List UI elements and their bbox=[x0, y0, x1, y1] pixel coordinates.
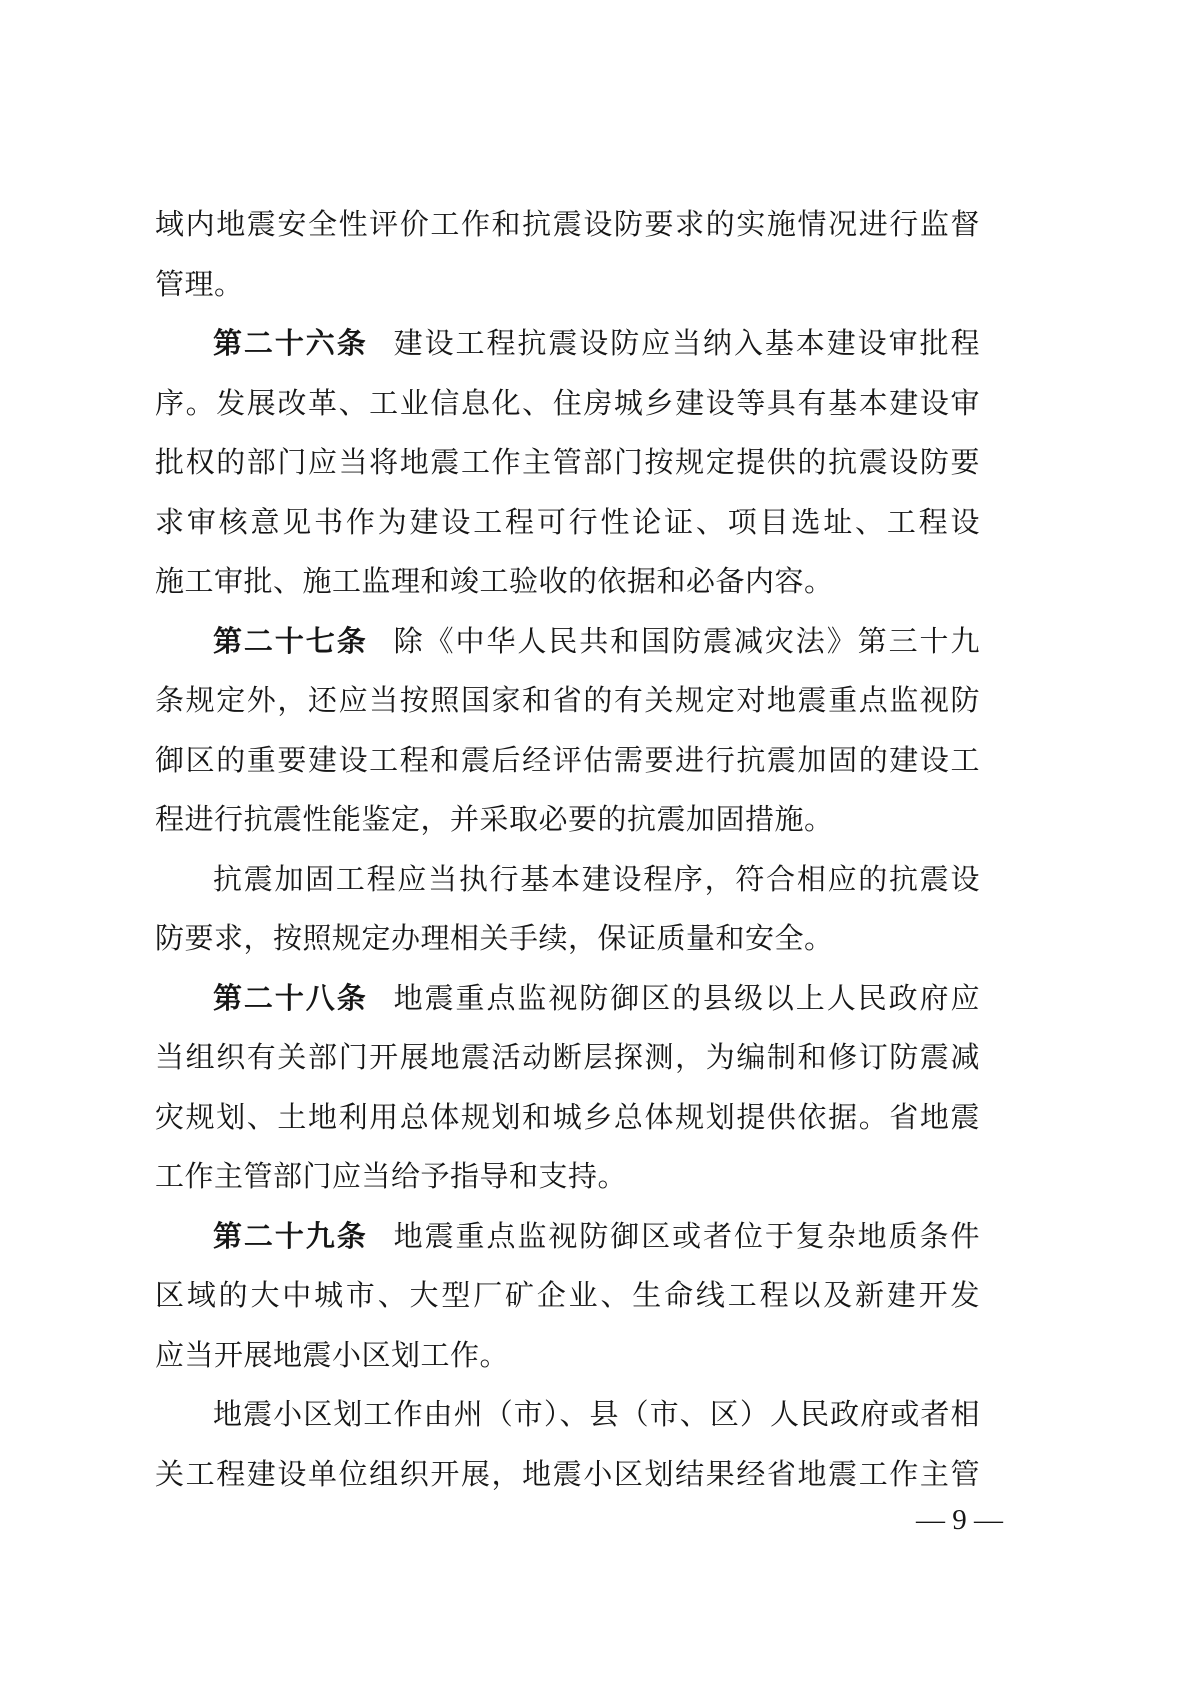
article-28-line-2: 当组织有关部门开展地震活动断层探测，为编制和修订防震减 bbox=[155, 1029, 980, 1089]
article-26-line-1: 第二十六条建设工程抗震设防应当纳入基本建设审批程 bbox=[155, 315, 980, 375]
article-27-line-4: 程进行抗震性能鉴定，并采取必要的抗震加固措施。 bbox=[155, 791, 980, 851]
article-26-line-5: 施工审批、施工监理和竣工验收的依据和必备内容。 bbox=[155, 553, 980, 613]
article-29-line-1: 第二十九条地震重点监视防御区或者位于复杂地质条件 bbox=[155, 1208, 980, 1268]
para-reinforcement-line-1: 抗震加固工程应当执行基本建设程序，符合相应的抗震设 bbox=[155, 851, 980, 911]
article-28-line-4: 工作主管部门应当给予指导和支持。 bbox=[155, 1148, 980, 1208]
para-microzonation-line-2: 关工程建设单位组织开展，地震小区划结果经省地震工作主管 bbox=[155, 1446, 980, 1506]
para-reinforcement-line-2: 防要求，按照规定办理相关手续，保证质量和安全。 bbox=[155, 910, 980, 970]
article-27-line-3: 御区的重要建设工程和震后经评估需要进行抗震加固的建设工 bbox=[155, 732, 980, 792]
article-26-line-4: 求审核意见书作为建设工程可行性论证、项目选址、工程设计、 bbox=[155, 494, 980, 554]
article-26-line-3: 批权的部门应当将地震工作主管部门按规定提供的抗震设防要 bbox=[155, 434, 980, 494]
para-continuation-line-2: 管理。 bbox=[155, 256, 980, 316]
article-29-line-2: 区域的大中城市、大型厂矿企业、生命线工程以及新建开发区， bbox=[155, 1267, 980, 1327]
para-microzonation-line-1: 地震小区划工作由州（市）、县（市、区）人民政府或者相 bbox=[155, 1386, 980, 1446]
article-27-line-2: 条规定外，还应当按照国家和省的有关规定对地震重点监视防 bbox=[155, 672, 980, 732]
para-continuation-line-1: 域内地震安全性评价工作和抗震设防要求的实施情况进行监督 bbox=[155, 196, 980, 256]
article-27-line-1: 第二十七条除《中华人民共和国防震减灾法》第三十九 bbox=[155, 613, 980, 673]
article-29-line-3: 应当开展地震小区划工作。 bbox=[155, 1327, 980, 1387]
article-28-line-3: 灾规划、土地利用总体规划和城乡总体规划提供依据。省地震 bbox=[155, 1089, 980, 1149]
article-26-heading: 第二十六条 bbox=[213, 328, 368, 360]
article-28-line-1: 第二十八条地震重点监视防御区的县级以上人民政府应 bbox=[155, 970, 980, 1030]
document-text-block: 域内地震安全性评价工作和抗震设防要求的实施情况进行监督管理。第二十六条建设工程抗… bbox=[155, 196, 980, 1505]
article-29-heading: 第二十九条 bbox=[213, 1221, 368, 1253]
article-26-line-2: 序。发展改革、工业信息化、住房城乡建设等具有基本建设审 bbox=[155, 375, 980, 435]
page-number: — 9 — bbox=[916, 1500, 1003, 1540]
article-28-heading: 第二十八条 bbox=[213, 983, 368, 1015]
article-27-heading: 第二十七条 bbox=[213, 626, 368, 658]
document-page: 域内地震安全性评价工作和抗震设防要求的实施情况进行监督管理。第二十六条建设工程抗… bbox=[0, 0, 1191, 1684]
